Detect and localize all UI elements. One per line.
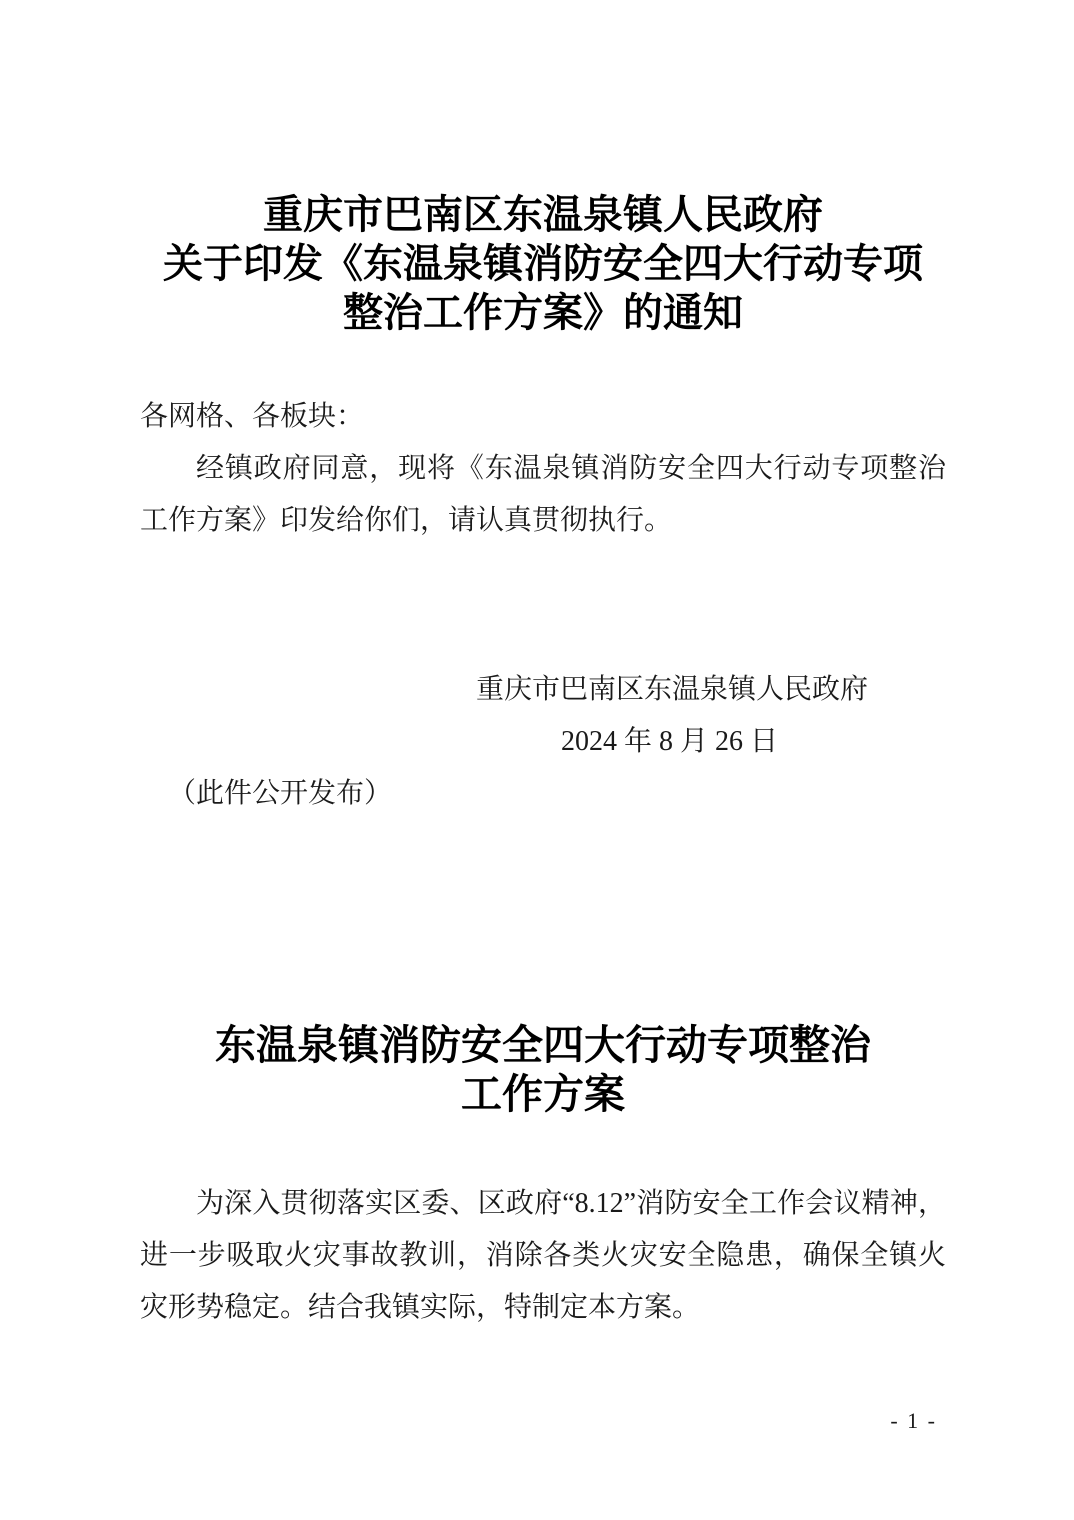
page-number: - 1 - — [890, 1408, 937, 1434]
plan-title-line: 东温泉镇消防安全四大行动专项整治 — [140, 1021, 946, 1070]
document-content: 重庆市巴南区东温泉镇人民政府 关于印发《东温泉镇消防安全四大行动专项 整治工作方… — [0, 0, 1074, 1334]
signature-block: 重庆市巴南区东温泉镇人民政府 2024 年 8 月 26 日 （此件公开发布） — [140, 664, 946, 820]
signer-name: 重庆市巴南区东温泉镇人民政府 — [140, 664, 946, 716]
notice-title: 重庆市巴南区东温泉镇人民政府 关于印发《东温泉镇消防安全四大行动专项 整治工作方… — [140, 0, 946, 337]
notice-body-paragraph: 经镇政府同意，现将《东温泉镇消防安全四大行动专项整治 工作方案》印发给你们，请认… — [140, 443, 946, 547]
plan-intro-line: 进一步吸取火灾事故教训，消除各类火灾安全隐患，确保全镇火 — [140, 1230, 946, 1282]
notice-title-line: 关于印发《东温泉镇消防安全四大行动专项 — [140, 239, 946, 288]
plan-intro-line: 为深入贯彻落实区委、区政府“8.12”消防安全工作会议精神， — [140, 1178, 946, 1230]
plan-intro-paragraph: 为深入贯彻落实区委、区政府“8.12”消防安全工作会议精神， 进一步吸取火灾事故… — [140, 1178, 946, 1334]
document-page: 重庆市巴南区东温泉镇人民政府 关于印发《东温泉镇消防安全四大行动专项 整治工作方… — [0, 0, 1074, 1520]
signature-date: 2024 年 8 月 26 日 — [140, 716, 946, 768]
publish-note: （此件公开发布） — [140, 768, 946, 820]
plan-title-line: 工作方案 — [140, 1070, 946, 1119]
salutation-line: 各网格、各板块： — [140, 391, 946, 443]
notice-title-line: 整治工作方案》的通知 — [140, 288, 946, 337]
notice-body-line: 经镇政府同意，现将《东温泉镇消防安全四大行动专项整治 — [140, 443, 946, 495]
plan-title: 东温泉镇消防安全四大行动专项整治 工作方案 — [140, 1021, 946, 1119]
plan-intro-line: 灾形势稳定。结合我镇实际，特制定本方案。 — [140, 1282, 946, 1334]
notice-body-line: 工作方案》印发给你们，请认真贯彻执行。 — [140, 495, 946, 547]
notice-title-line: 重庆市巴南区东温泉镇人民政府 — [140, 190, 946, 239]
